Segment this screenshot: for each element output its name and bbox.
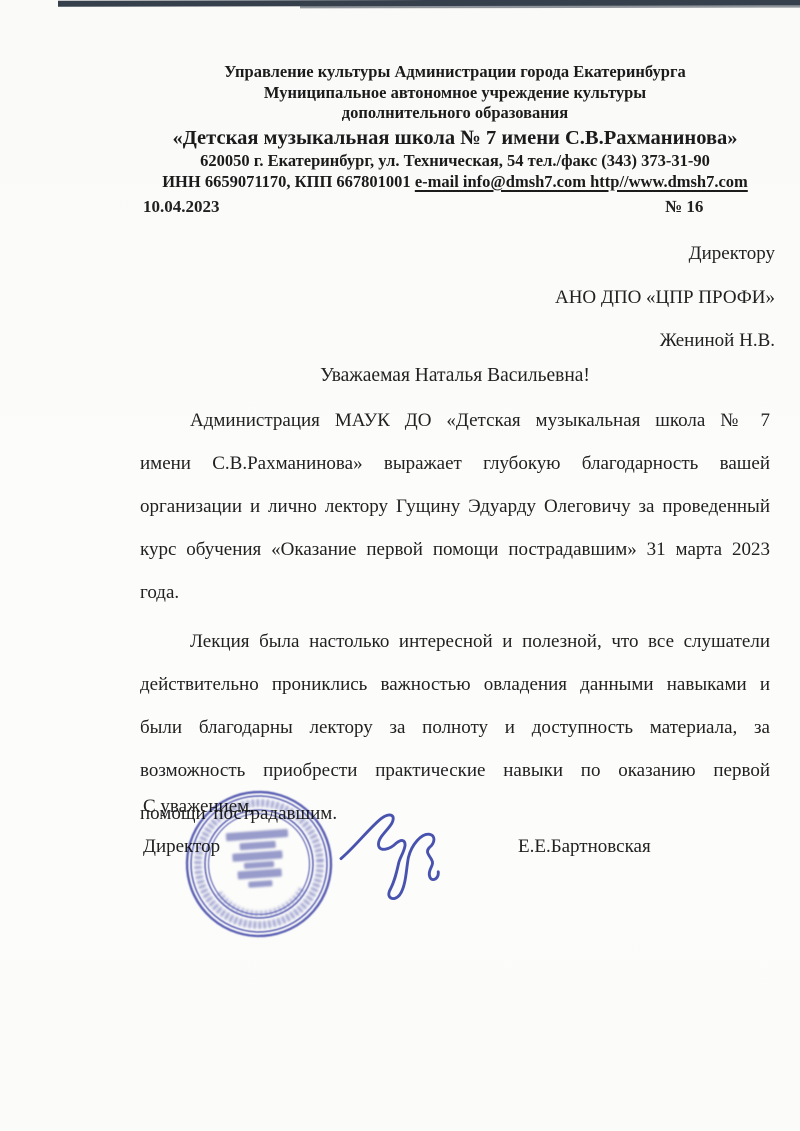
recipient-name: Жениной Н.В. <box>555 319 775 363</box>
scanned-letter-page: Управление культуры Администрации города… <box>0 0 800 1131</box>
signoff-name: Е.Е.Бартновская <box>518 836 651 858</box>
letterhead-inn-kpp: ИНН 6659071170, КПП 667801001 <box>162 172 415 191</box>
letterhead: Управление культуры Администрации города… <box>140 62 770 192</box>
letterhead-authority: Управление культуры Администрации города… <box>140 62 770 83</box>
body-paragraph-1: Администрация МАУК ДО «Детская музыкальн… <box>140 399 770 614</box>
letter-date: 10.04.2023 <box>143 197 220 217</box>
letterhead-email-site: e-mail info@dmsh7.com http//www.dmsh7.co… <box>415 172 748 191</box>
letterhead-address: 620050 г. Екатеринбург, ул. Техническая,… <box>140 150 770 171</box>
recipient-block: Директору АНО ДПО «ЦПР ПРОФИ» Жениной Н.… <box>555 232 775 363</box>
signature-scrawl-icon <box>331 789 467 905</box>
recipient-organization: АНО ДПО «ЦПР ПРОФИ» <box>555 276 775 320</box>
scanner-edge-artifact-2 <box>300 5 800 9</box>
letterhead-org-type-1: Муниципальное автономное учреждение куль… <box>140 83 770 104</box>
letter-number: № 16 <box>665 197 703 217</box>
recipient-position: Директору <box>555 232 775 276</box>
salutation: Уважаемая Наталья Васильевна! <box>140 365 770 387</box>
letterhead-school-name: «Детская музыкальная школа № 7 имени С.В… <box>140 126 770 150</box>
letterhead-requisites: ИНН 6659071170, КПП 667801001 e-mail inf… <box>140 171 770 192</box>
round-stamp-icon <box>179 784 339 944</box>
letterhead-org-type-2: дополнительного образования <box>140 103 770 124</box>
letter-body: Администрация МАУК ДО «Детская музыкальн… <box>140 399 770 835</box>
